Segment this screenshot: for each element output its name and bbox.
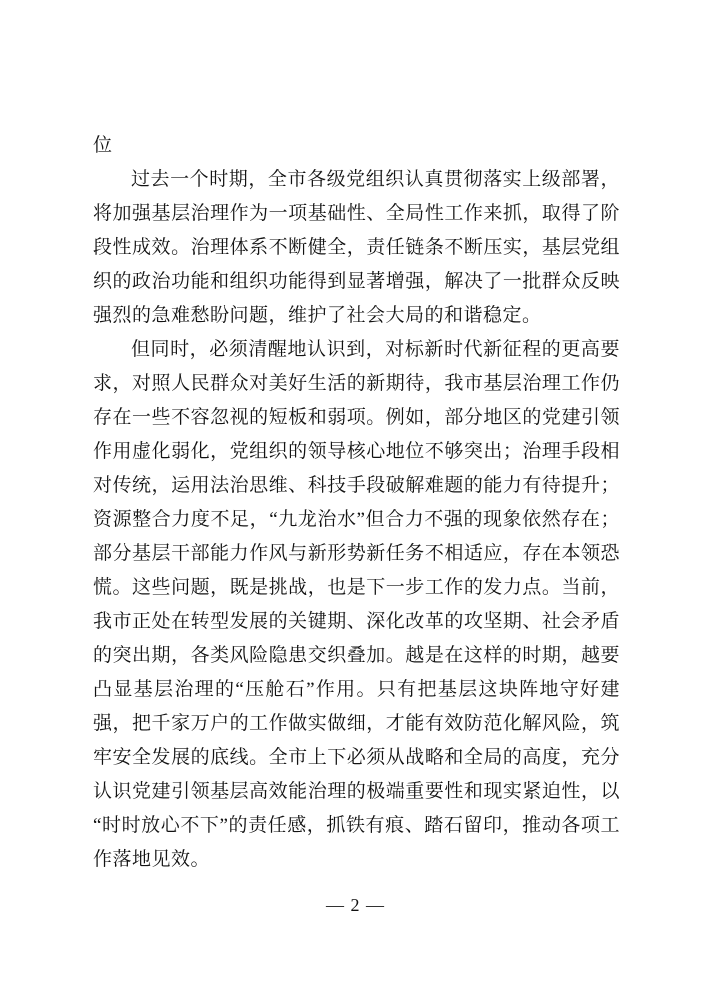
- document-body: 位 过去一个时期，全市各级党组织认真贯彻落实上级部署，将加强基层治理作为一项基础…: [93, 129, 620, 877]
- document-page: 位 过去一个时期，全市各级党组织认真贯彻落实上级部署，将加强基层治理作为一项基础…: [0, 0, 711, 1006]
- paragraph-past-achievements: 过去一个时期，全市各级党组织认真贯彻落实上级部署，将加强基层治理作为一项基础性、…: [93, 163, 620, 333]
- paragraph-continuation: 位: [93, 129, 620, 163]
- paragraph-problems-and-requirements: 但同时，必须清醒地认识到，对标新时代新征程的更高要求，对照人民群众对美好生活的新…: [93, 333, 620, 877]
- page-number: — 2 —: [0, 891, 711, 919]
